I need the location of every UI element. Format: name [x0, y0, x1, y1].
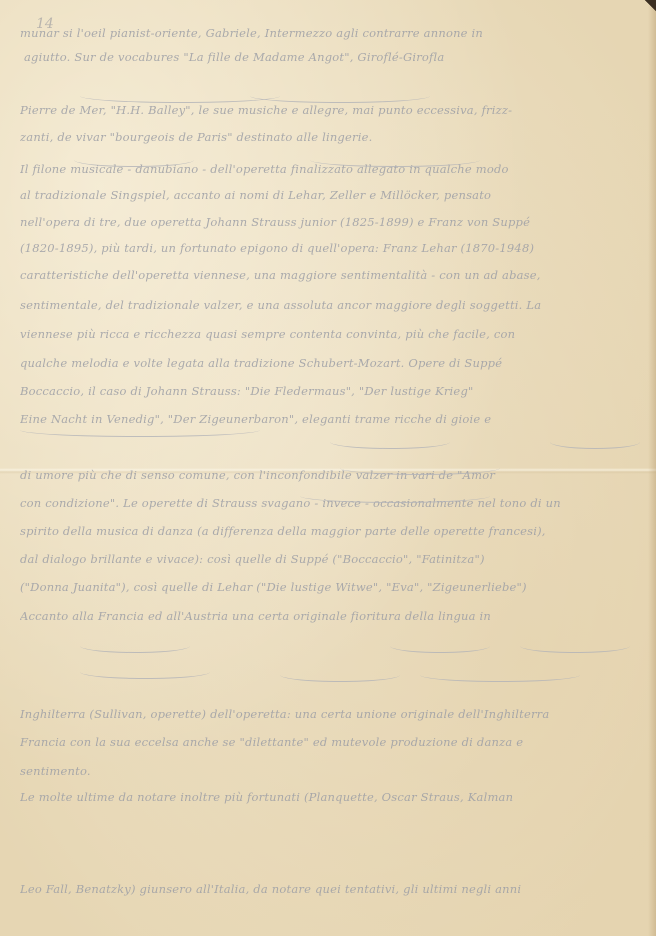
manuscript-line: Accanto alla Francia ed all'Austria una …: [20, 609, 642, 623]
manuscript-line: ("Donna Juanita"), così quelle di Lehar …: [20, 580, 642, 594]
wavy-underline: [20, 430, 260, 437]
manuscript-line: Le molte ultime da notare inoltre più fo…: [20, 790, 642, 804]
wavy-underline: [390, 646, 490, 653]
manuscript-line: nell'opera di tre, due operetta Johann S…: [20, 215, 642, 229]
manuscript-line: sentimentale, del tradizionale valzer, e…: [20, 298, 642, 312]
wavy-underline: [250, 96, 430, 103]
manuscript-line: di umore più che di senso comune, con l'…: [20, 468, 642, 482]
manuscript-line: (1820-1895), più tardi, un fortunato epi…: [20, 241, 642, 255]
manuscript-line: al tradizionale Singspiel, accanto ai no…: [20, 188, 642, 202]
manuscript-line: sentimento.: [20, 764, 642, 778]
manuscript-line: Inghilterra (Sullivan, operette) dell'op…: [20, 707, 642, 721]
wavy-underline: [550, 442, 640, 449]
manuscript-line: caratteristiche dell'operetta viennese, …: [20, 268, 642, 282]
manuscript-line: spirito della musica di danza (a differe…: [20, 524, 642, 538]
manuscript-line: Boccaccio, il caso di Johann Strauss: "D…: [20, 384, 642, 398]
manuscript-line: agiutto. Sur de vocabures "La fille de M…: [24, 50, 646, 64]
wavy-underline: [420, 675, 580, 682]
manuscript-line: Francia con la sua eccelsa anche se "dil…: [20, 735, 642, 749]
manuscript-line: dal dialogo brillante e vivace): così qu…: [20, 552, 642, 566]
manuscript-line: Eine Nacht in Venedig", "Der Zigeunerbar…: [20, 412, 642, 426]
wavy-underline: [280, 675, 400, 682]
manuscript-line: zanti, de vivar "bourgeois de Paris" des…: [20, 130, 642, 144]
wavy-underline: [520, 646, 630, 653]
manuscript-line: Pierre de Mer, "H.H. Balley", le sue mus…: [20, 103, 642, 117]
wavy-underline: [80, 672, 210, 679]
wavy-underline: [80, 96, 280, 103]
manuscript-line: qualche melodia e volte legata alla trad…: [20, 356, 642, 370]
manuscript-line: viennese più ricca e ricchezza quasi sem…: [20, 327, 642, 341]
wavy-underline: [330, 442, 450, 449]
handwritten-text: munar si l'oeil pianist-oriente, Gabriel…: [0, 0, 656, 936]
manuscript-line: Leo Fall, Benatzky) giunsero all'Italia,…: [20, 882, 642, 896]
wavy-underline: [80, 646, 190, 653]
manuscript-page: 14 munar si l'oeil pianist-oriente, Gabr…: [0, 0, 656, 936]
manuscript-line: munar si l'oeil pianist-oriente, Gabriel…: [20, 26, 642, 40]
